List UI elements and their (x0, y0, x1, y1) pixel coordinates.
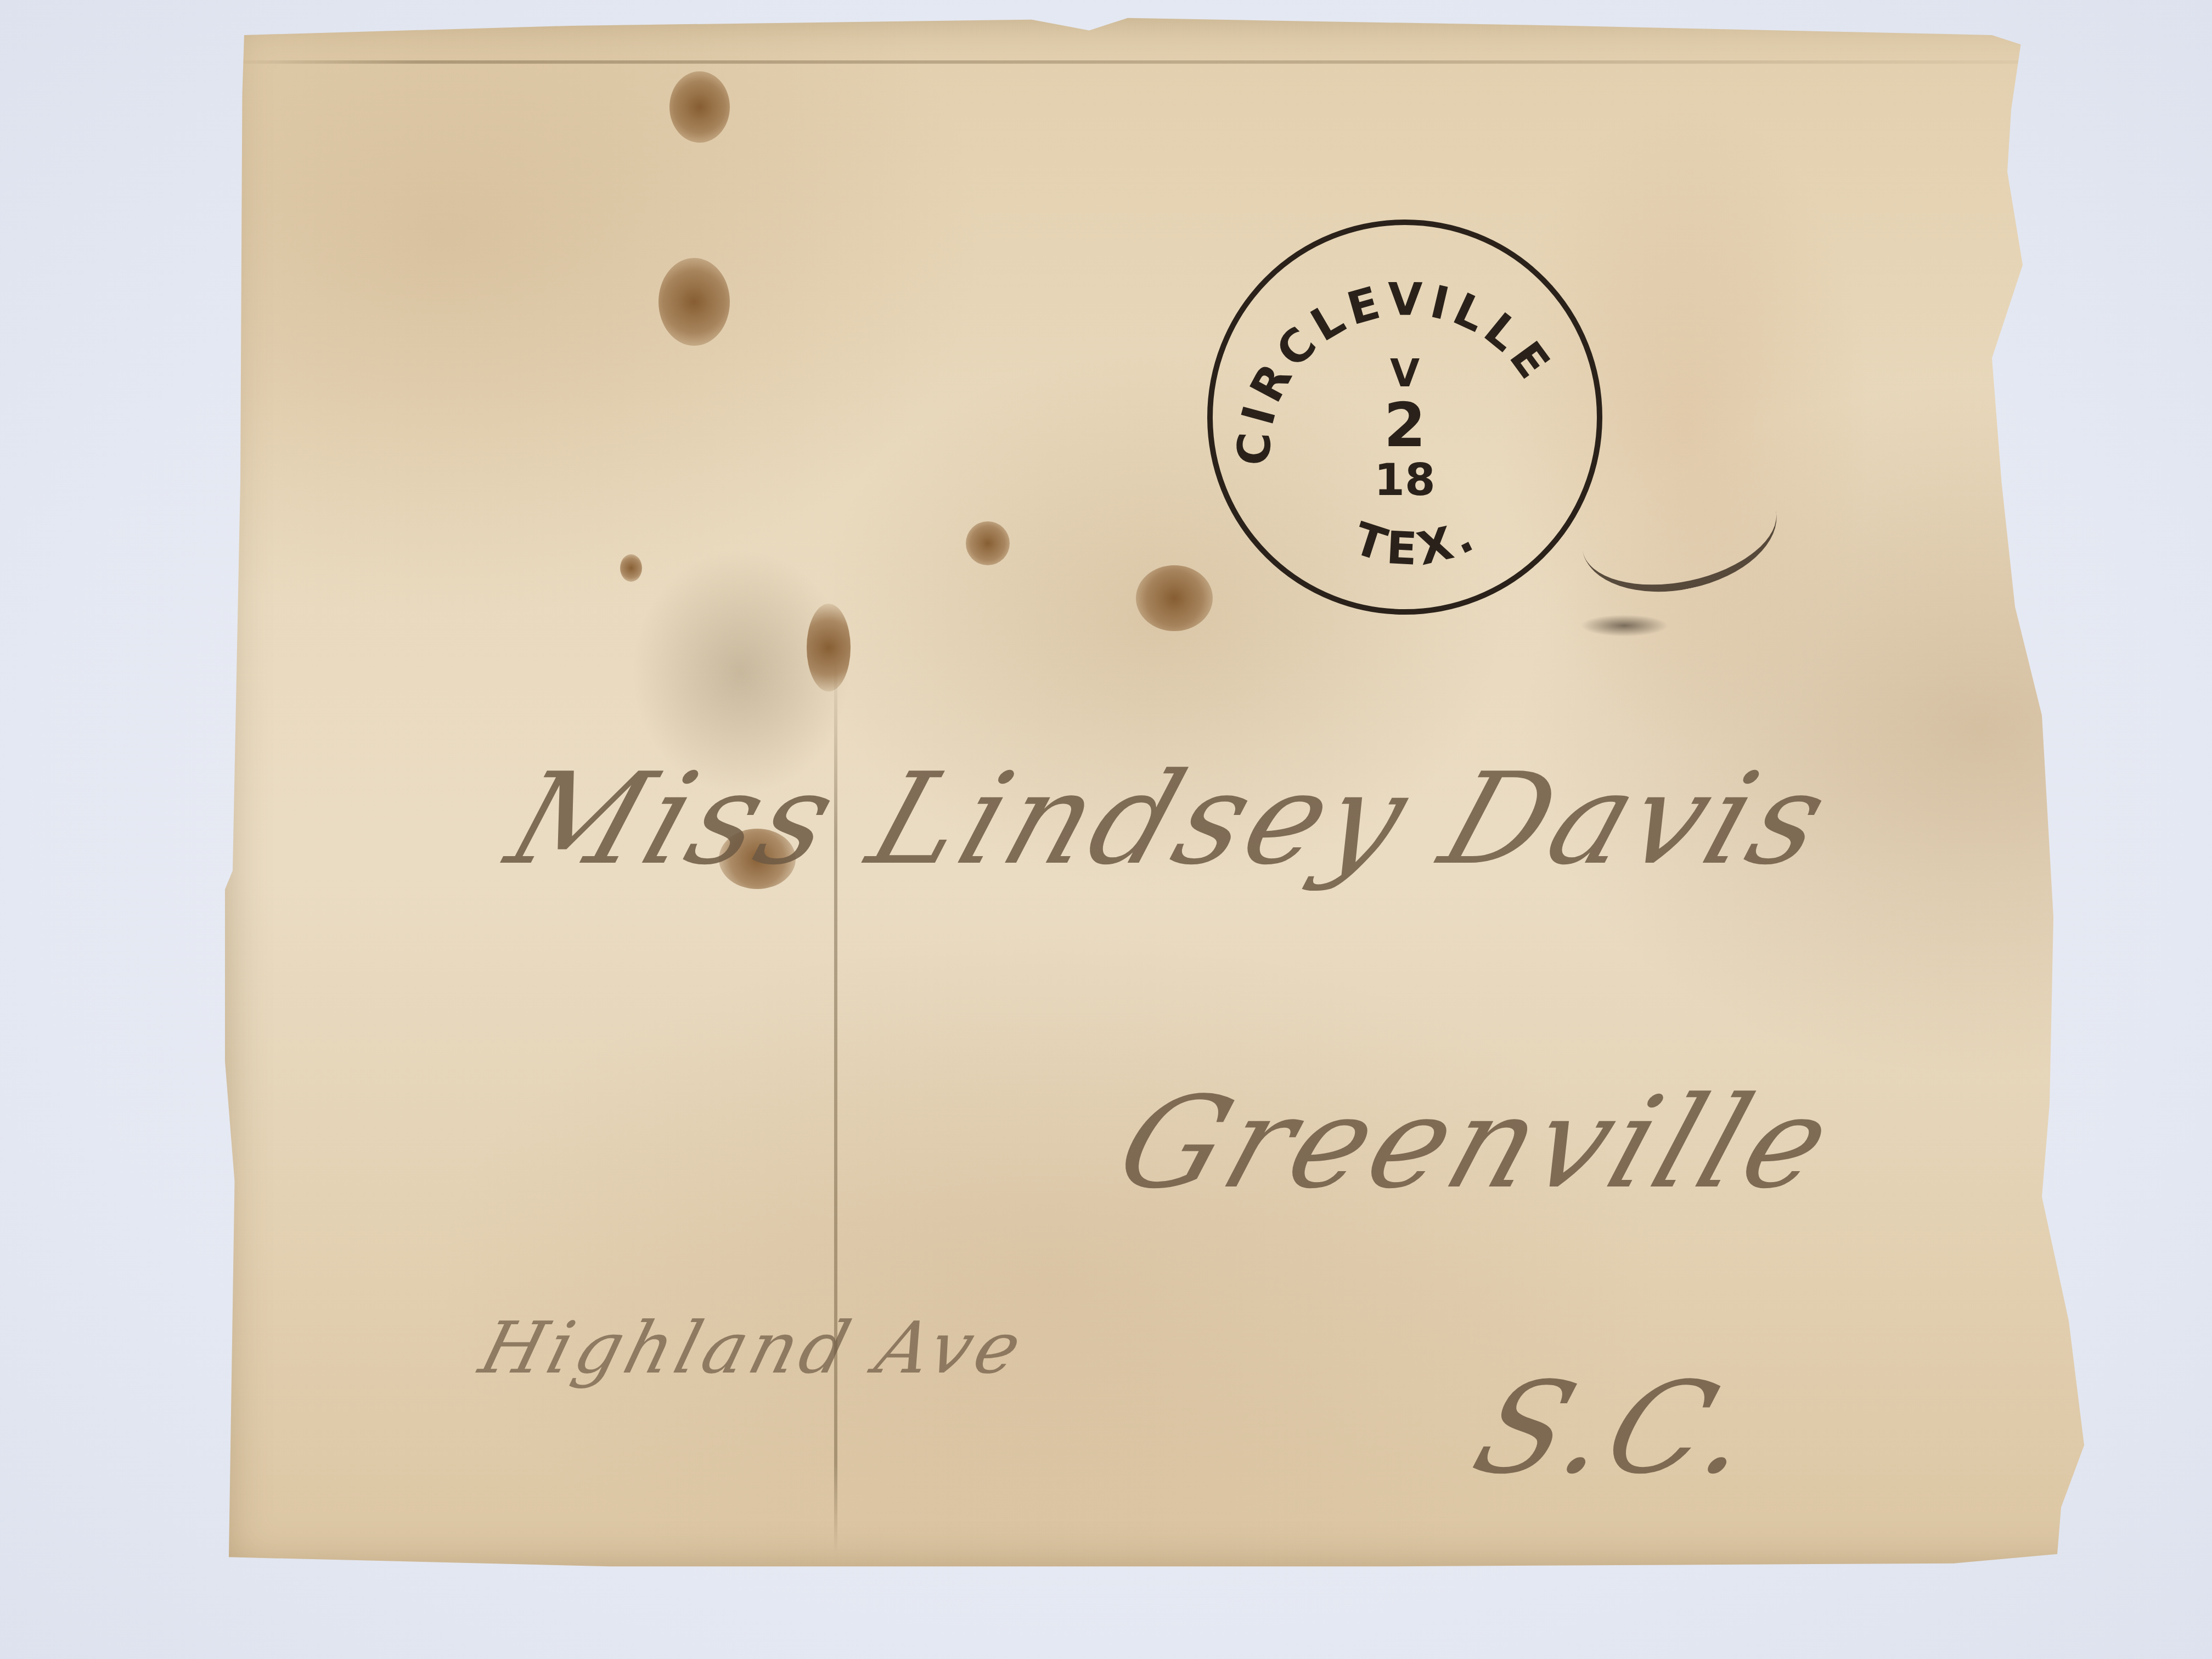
postmark-day: 2 (1213, 395, 1597, 455)
postmark-year: 18 (1213, 455, 1597, 505)
ink-stain (966, 521, 1010, 565)
ink-stain (658, 258, 730, 346)
postmark-state: TEX. (1348, 508, 1487, 576)
flap-crease (225, 60, 2146, 64)
cancellation-mark (1580, 615, 1668, 637)
postmark-month: V (1213, 351, 1597, 395)
postmark-date: V 2 18 (1213, 351, 1597, 505)
postmark: CIRCLEVILLE TEX. V 2 18 (1207, 220, 1602, 615)
ink-stain (669, 71, 730, 143)
svg-text:TEX.: TEX. (1348, 508, 1487, 576)
recipient-name: Miss Lindsey Davis (492, 746, 1848, 893)
ink-stain (620, 554, 642, 582)
ink-stain (1136, 565, 1213, 631)
recipient-state: S.C. (1458, 1356, 1777, 1502)
ink-stain (807, 604, 851, 691)
recipient-street: Highland Ave (472, 1306, 1034, 1390)
recipient-city: Greenville (1101, 1070, 1852, 1217)
